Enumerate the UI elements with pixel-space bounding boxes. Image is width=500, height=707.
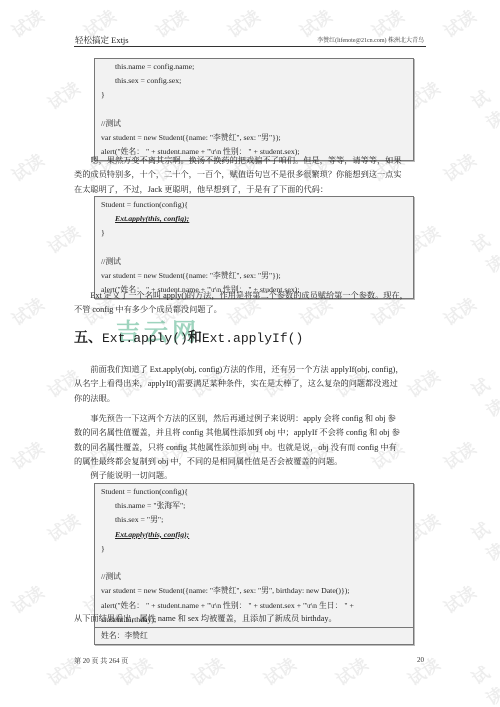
paragraph-1: 嗯，果然万变不离其宗啊。换汤不换药的把戏骗不了咱们。但是，等等，请等等，如果类的… — [74, 154, 426, 197]
code-line: Student = function(config){ — [101, 485, 413, 499]
heading-joiner: 和 — [188, 330, 202, 346]
code-block-2: Student = function(config){Ext.apply(thi… — [94, 196, 414, 299]
watermark-text: 试读 — [42, 75, 84, 115]
watermark-text: 试读 — [466, 224, 500, 278]
paragraph-line: Ext 定义了一个名叫 apply()的方法，作用是将第二个参数的成员赋给第一个… — [74, 289, 426, 303]
code-line — [101, 103, 413, 117]
watermark-text: 试读 — [438, 435, 480, 475]
paragraph-line: 的属性最终都会复制到 obj 中，不同的是相同属性值是否会被覆盖的问题。 — [74, 455, 426, 469]
heading-method-apply: Ext.apply() — [102, 331, 188, 346]
section-heading: 五、Ext.apply()和Ext.applyIf() — [74, 327, 303, 347]
paragraph-line: 例子能说明一切问题。 — [74, 469, 426, 483]
watermark-text: 试读 — [42, 507, 84, 547]
watermark-text: 试读 — [6, 3, 48, 43]
paragraph-line: 类的成员特别多，十个，二十个，一百个，赋值语句岂不是很多很繁琐？你能想到这一点实 — [74, 168, 426, 182]
watermark-text: 试读 — [6, 291, 48, 331]
paragraph-line: 你的法眼。 — [74, 392, 426, 406]
paragraph-4: 事先预告一下这两个方法的区别，然后再通过例子来说明：apply 会将 confi… — [74, 412, 426, 483]
code-line: this.name = "张海军"; — [101, 499, 413, 513]
author-info: 李赞红(lifenote@21cn.com) 株洲北大青鸟 — [317, 35, 424, 44]
paragraph-line: 前面我们知道了 Ext.apply(obj, config)方法的作用，还有另一… — [74, 363, 426, 377]
paragraph-5: 从下面结果看出，属性 name 和 sex 均被覆盖，且添加了新成员 birth… — [74, 612, 426, 626]
paragraph-line: 从名字上看得出来，applyIf()需要满足某种条件，实在是太棒了，这么复杂的问… — [74, 377, 426, 391]
paragraph-line: 数的同名属性覆盖，只将 config 其他属性添加到 obj 中。也就是说，ob… — [74, 441, 426, 455]
paragraph-line: 数的同名属性值覆盖，并且将 config 其他属性添加到 obj 中；apply… — [74, 426, 426, 440]
watermark-text: 试读 — [6, 435, 48, 475]
watermark-text: 试读 — [6, 579, 48, 619]
code-line: } — [101, 88, 413, 102]
code-line: //测试 — [101, 255, 413, 269]
heading-method-applyif: Ext.applyIf() — [202, 331, 303, 346]
watermark-text: 试读 — [438, 291, 480, 331]
section-number: 五、 — [74, 330, 102, 346]
watermark-text: 试读 — [42, 219, 84, 259]
code-block-3: Student = function(config){this.name = "… — [94, 483, 414, 629]
code-line: this.sex = config.sex; — [101, 74, 413, 88]
code-line: var student = new Student({name: "李赞红", … — [101, 584, 413, 598]
code-line: //测试 — [101, 570, 413, 584]
watermark-text: 试读 — [466, 368, 500, 422]
watermark-text: 试读 — [186, 651, 228, 691]
watermark-text: 试读 — [466, 656, 500, 707]
paragraph-3: 前面我们知道了 Ext.apply(obj, config)方法的作用，还有另一… — [74, 363, 426, 406]
watermark-text: 试读 — [438, 147, 480, 187]
watermark-text: 试读 — [438, 579, 480, 619]
code-line: } — [101, 226, 413, 240]
watermark-text: 试读 — [330, 651, 372, 691]
page-header: 轻松搞定 Extjs 李赞红(lifenote@21cn.com) 株洲北大青鸟 — [74, 32, 426, 47]
code-line — [101, 556, 413, 570]
paragraph-line: 事先预告一下这两个方法的区别，然后再通过例子来说明：apply 会将 confi… — [74, 412, 426, 426]
document-title: 轻松搞定 Extjs — [75, 34, 129, 46]
watermark-text: 试读 — [466, 80, 500, 134]
code-line: Ext.apply(this, config); — [101, 212, 413, 226]
watermark-text: 试读 — [438, 3, 480, 43]
emphasized-code: Ext.apply(this, config); — [115, 530, 189, 539]
paragraph-line: 在太聪明了，不过，Jack 更聪明，他早想到了，于是有了下面的代码： — [74, 183, 426, 197]
code-block-1: this.name = config.name;this.sex = confi… — [94, 58, 414, 161]
code-line: Ext.apply(this, config); — [101, 528, 413, 542]
code-line — [101, 241, 413, 255]
code-line: this.name = config.name; — [101, 60, 413, 74]
watermark-text: 试读 — [466, 512, 500, 566]
watermark-text: 试读 — [258, 651, 300, 691]
paragraph-line: 嗯，果然万变不离其宗啊。换汤不换药的把戏骗不了咱们。但是，等等，请等等，如果 — [74, 154, 426, 168]
code-line: var student = new Student({name: "李赞红", … — [101, 269, 413, 283]
code-line: alert("姓名： " + student.name + "\r\n 性别： … — [101, 599, 413, 613]
emphasized-code: Ext.apply(this, config); — [115, 214, 189, 223]
code-line: Student = function(config){ — [101, 198, 413, 212]
code-line: 姓名：李赞红 — [101, 629, 413, 643]
code-line: var student = new Student({name: "李赞红", … — [101, 131, 413, 145]
output-box: 姓名：李赞红 — [94, 627, 414, 645]
paragraph-line: 从下面结果看出，属性 name 和 sex 均被覆盖，且添加了新成员 birth… — [74, 612, 426, 626]
watermark-text: 试读 — [6, 147, 48, 187]
code-line: } — [101, 542, 413, 556]
page-info: 第 20 页 共 264 页 — [74, 656, 128, 666]
page-number: 20 — [417, 656, 424, 664]
code-line: this.sex = "男"; — [101, 513, 413, 527]
code-line: //测试 — [101, 117, 413, 131]
